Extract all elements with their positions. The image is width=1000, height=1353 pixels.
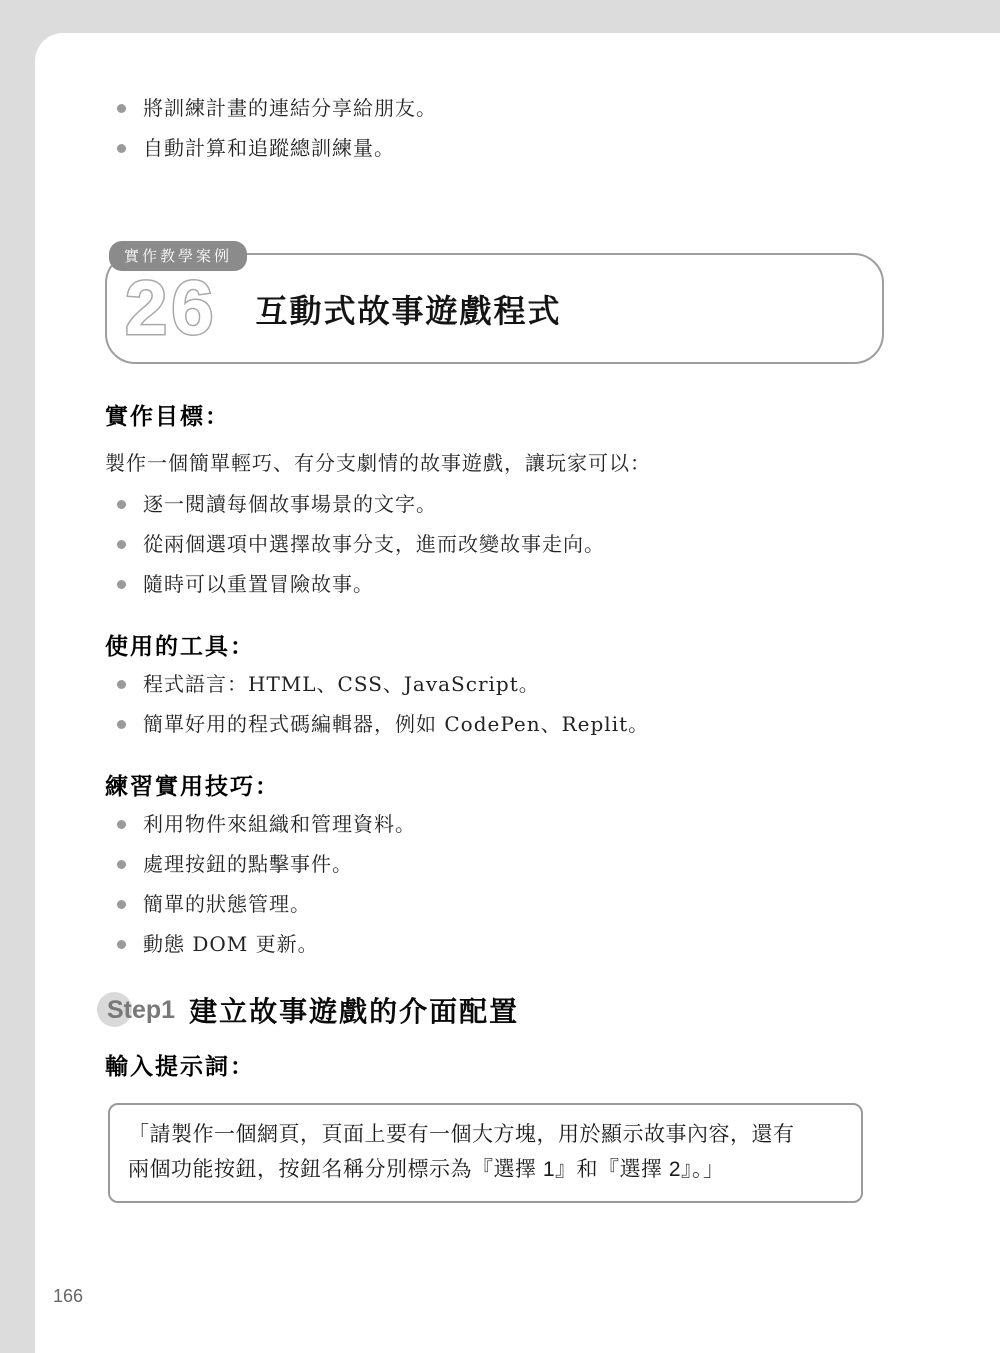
list-item: 隨時可以重置冒險故事。 (105, 572, 825, 596)
bullet-dot-icon (117, 144, 126, 153)
step1-heading-row: Step1 建立故事遊戲的介面配置 (104, 990, 519, 1030)
list-item-text: 動態 DOM 更新。 (143, 932, 319, 956)
case-number: 26 (125, 271, 218, 347)
list-item: 自動計算和追蹤總訓練量。 (105, 136, 825, 160)
prompt-line-1: 「請製作一個網頁，頁面上要有一個大方塊，用於顯示故事內容，還有 (128, 1123, 795, 1146)
list-item: 動態 DOM 更新。 (105, 932, 825, 956)
prompt-box: 「請製作一個網頁，頁面上要有一個大方塊，用於顯示故事內容，還有 兩個功能按鈕，按… (108, 1103, 863, 1203)
goal-section-heading: 實作目標： (105, 398, 230, 431)
step1-title: 建立故事遊戲的介面配置 (189, 990, 519, 1030)
bullet-dot-icon (117, 900, 126, 909)
list-item-text: 簡單好用的程式碼編輯器，例如 CodePen、Replit。 (143, 712, 649, 736)
list-item-text: 程式語言：HTML、CSS、JavaScript。 (143, 672, 540, 696)
list-item-text: 將訓練計畫的連結分享給朋友。 (143, 96, 437, 120)
list-item-text: 處理按鈕的點擊事件。 (143, 852, 353, 876)
list-item: 利用物件來組織和管理資料。 (105, 812, 825, 836)
step1-label-text: Step1 (107, 996, 175, 1024)
list-item: 簡單好用的程式碼編輯器，例如 CodePen、Replit。 (105, 712, 825, 736)
prompt-section-heading: 輸入提示詞： (105, 1048, 255, 1081)
intro-bullet-list: 將訓練計畫的連結分享給朋友。 自動計算和追蹤總訓練量。 (105, 96, 825, 176)
list-item-text: 逐一閱讀每個故事場景的文字。 (143, 492, 437, 516)
list-item: 逐一閱讀每個故事場景的文字。 (105, 492, 825, 516)
bullet-dot-icon (117, 104, 126, 113)
bullet-dot-icon (117, 720, 126, 729)
list-item-text: 簡單的狀態管理。 (143, 892, 311, 916)
list-item-text: 隨時可以重置冒險故事。 (143, 572, 374, 596)
bullet-dot-icon (117, 940, 126, 949)
case-title: 互動式故事遊戲程式 (256, 286, 562, 332)
list-item: 程式語言：HTML、CSS、JavaScript。 (105, 672, 825, 696)
goal-intro-text: 製作一個簡單輕巧、有分支劇情的故事遊戲，讓玩家可以： (105, 447, 651, 476)
bullet-dot-icon (117, 680, 126, 689)
bullet-dot-icon (117, 500, 126, 509)
list-item: 處理按鈕的點擊事件。 (105, 852, 825, 876)
goal-bullet-list: 逐一閱讀每個故事場景的文字。 從兩個選項中選擇故事分支，進而改變故事走向。 隨時… (105, 492, 825, 612)
bullet-dot-icon (117, 540, 126, 549)
bullet-dot-icon (117, 820, 126, 829)
bullet-dot-icon (117, 860, 126, 869)
list-item-text: 自動計算和追蹤總訓練量。 (143, 136, 395, 160)
step1-label: Step1 (104, 996, 175, 1025)
case-badge: 實作教學案例 (109, 241, 247, 271)
bullet-dot-icon (117, 580, 126, 589)
list-item: 從兩個選項中選擇故事分支，進而改變故事走向。 (105, 532, 825, 556)
list-item-text: 從兩個選項中選擇故事分支，進而改變故事走向。 (143, 532, 605, 556)
skills-bullet-list: 利用物件來組織和管理資料。 處理按鈕的點擊事件。 簡單的狀態管理。 動態 DOM… (105, 812, 825, 972)
tools-bullet-list: 程式語言：HTML、CSS、JavaScript。 簡單好用的程式碼編輯器，例如… (105, 672, 825, 752)
prompt-line-2: 兩個功能按鈕，按鈕名稱分別標示為『選擇 1』和『選擇 2』。」 (128, 1158, 725, 1181)
tools-section-heading: 使用的工具： (105, 628, 255, 661)
list-item: 簡單的狀態管理。 (105, 892, 825, 916)
list-item: 將訓練計畫的連結分享給朋友。 (105, 96, 825, 120)
page-number: 166 (53, 1286, 83, 1307)
skills-section-heading: 練習實用技巧： (105, 768, 280, 801)
case-header-box: 實作教學案例 26 互動式故事遊戲程式 (105, 253, 884, 364)
list-item-text: 利用物件來組織和管理資料。 (143, 812, 416, 836)
